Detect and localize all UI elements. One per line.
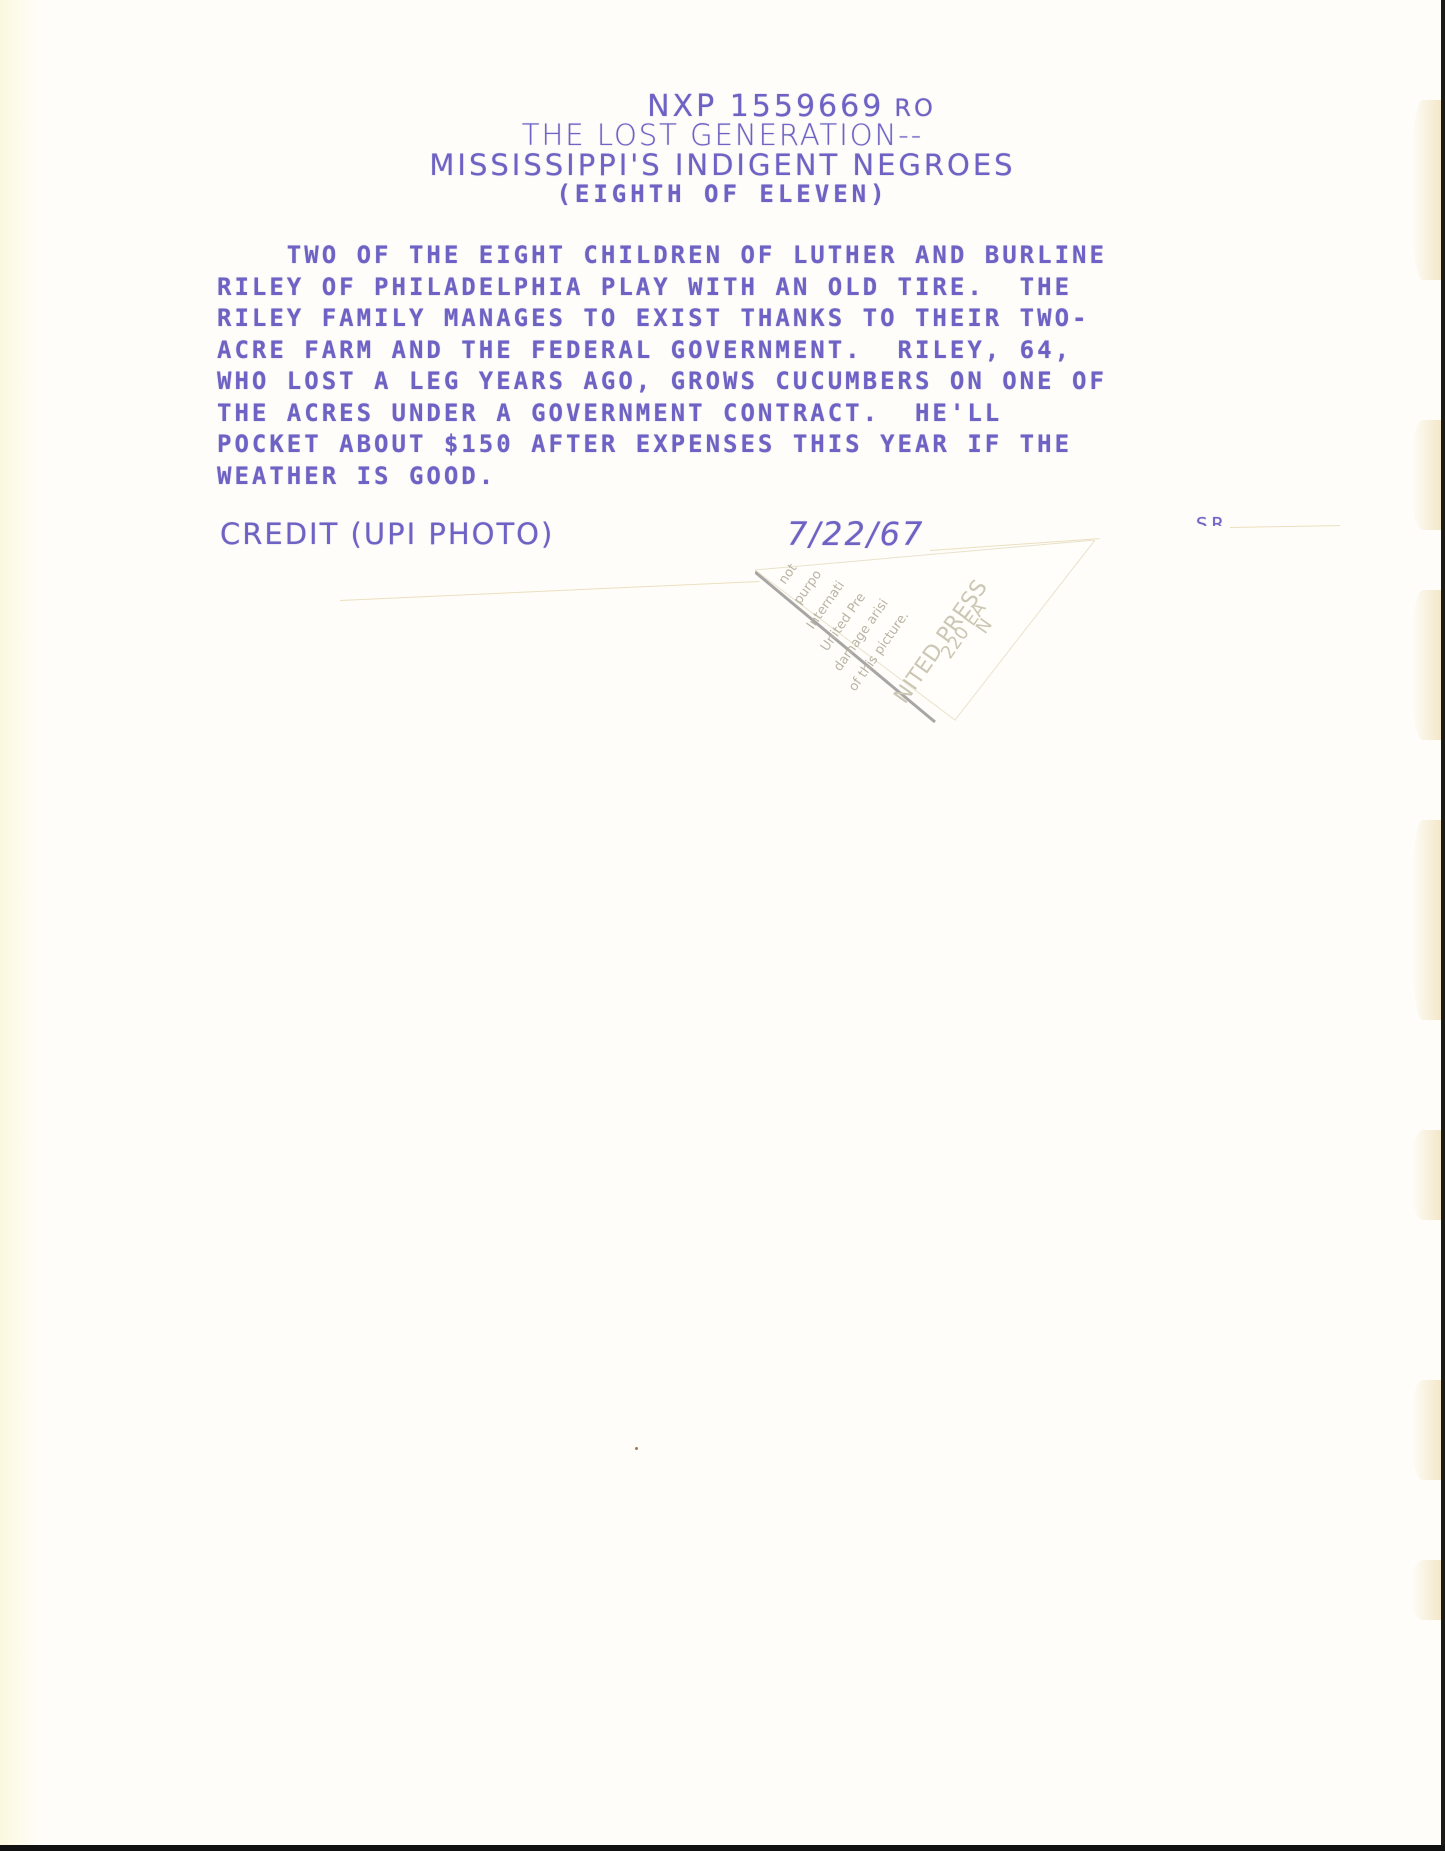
- serial-number: NXP 1559669RO: [622, 54, 936, 124]
- headline-line-2: MISSISSIPPI'S INDIGENT NEGROES: [0, 148, 1445, 182]
- edge-stain: [1411, 1130, 1441, 1220]
- initials-mark: SR: [1196, 514, 1228, 526]
- caption-line: WEATHER IS GOOD.: [217, 461, 1317, 493]
- scan-edge-bottom: [0, 1845, 1445, 1851]
- caption-line: RILEY OF PHILADELPHIA PLAY WITH AN OLD T…: [217, 272, 1317, 304]
- rights-stamp-fold: not purpo Internati United Pre damage ar…: [755, 540, 1095, 730]
- caption-line: THE ACRES UNDER A GOVERNMENT CONTRACT. H…: [217, 398, 1317, 430]
- scan-edge-right: [1441, 0, 1445, 1851]
- caption-line: ACRE FARM AND THE FEDERAL GOVERNMENT. RI…: [217, 335, 1317, 367]
- edge-stain: [1411, 1560, 1441, 1620]
- edge-stain: [1411, 590, 1441, 740]
- edge-stain: [1411, 420, 1441, 530]
- edge-stain: [1411, 1380, 1441, 1480]
- caption-line: RILEY FAMILY MANAGES TO EXIST THANKS TO …: [217, 303, 1317, 335]
- photo-credit: CREDIT (UPI PHOTO): [220, 517, 554, 551]
- headline-line-1: THE LOST GENERATION--: [0, 118, 1445, 152]
- edge-stain: [1411, 820, 1441, 1020]
- caption-line: TWO OF THE EIGHT CHILDREN OF LUTHER AND …: [217, 240, 1317, 272]
- caption-body: TWO OF THE EIGHT CHILDREN OF LUTHER AND …: [217, 240, 1317, 492]
- rights-stamp-icon: not purpo Internati United Pre damage ar…: [755, 540, 1095, 730]
- headline-line-3: (EIGHTH OF ELEVEN): [0, 180, 1445, 208]
- caption-line: POCKET ABOUT $150 AFTER EXPENSES THIS YE…: [217, 429, 1317, 461]
- caption-line: WHO LOST A LEG YEARS AGO, GROWS CUCUMBER…: [217, 366, 1317, 398]
- paper-speck: [635, 1447, 638, 1450]
